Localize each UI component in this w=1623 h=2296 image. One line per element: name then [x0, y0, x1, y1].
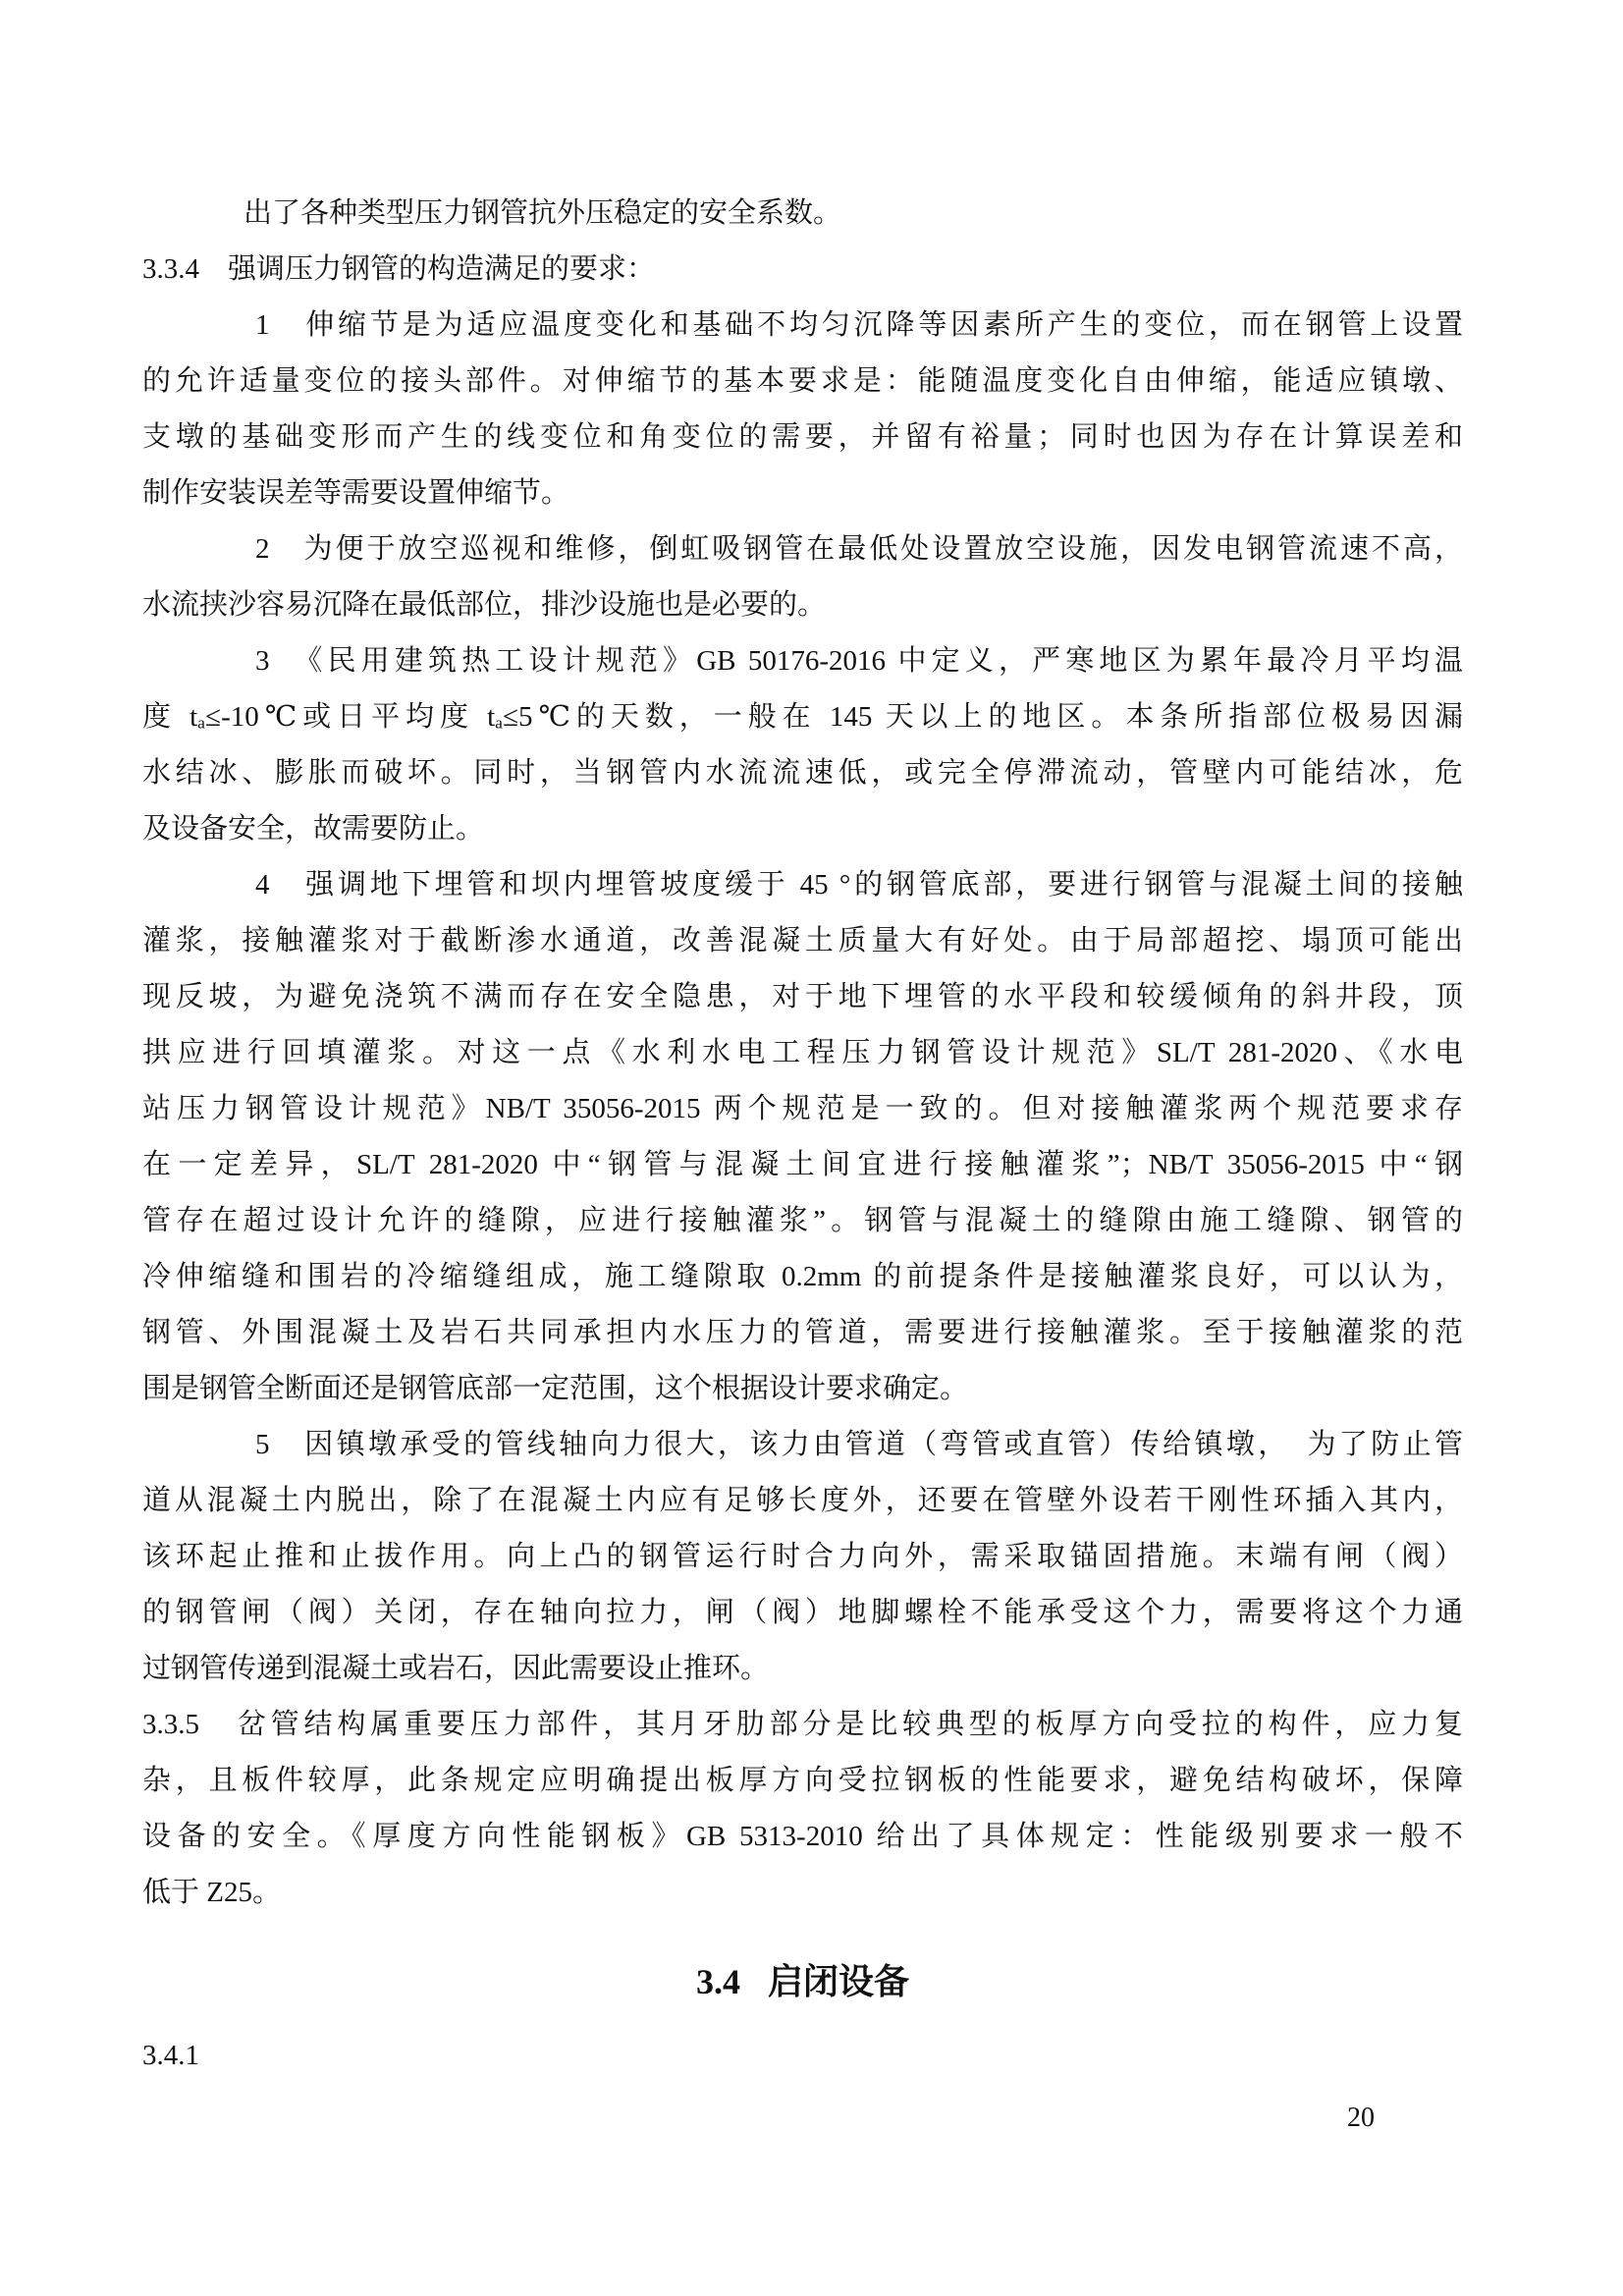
text-line: 2 为便于放空巡视和维修，倒虹吸钢管在最低处设置放空设施，因发电钢管流速不高， [142, 521, 1463, 577]
text-line: 出了各种类型压力钢管抗外压稳定的安全系数。 [142, 186, 1463, 242]
clause-number: 3.4.1 [142, 2028, 1463, 2084]
section-heading: 3.4启闭设备 [142, 1954, 1463, 2010]
text-line: 拱应进行回填灌浆。对这一点《水利水电工程压力钢管设计规范》SL/T 281-20… [142, 1025, 1463, 1081]
text-line: 5 因镇墩承受的管线轴向力很大，该力由管道（弯管或直管）传给镇墩， 为了防止管 [142, 1417, 1463, 1473]
text-line: 的允许适量变位的接头部件。对伸缩节的基本要求是：能随温度变化自由伸缩，能适应镇墩… [142, 354, 1463, 410]
text-line: 设备的安全。《厚度方向性能钢板》GB 5313-2010 给出了具体规定：性能级… [142, 1809, 1463, 1865]
text-line: 制作安装误差等需要设置伸缩节。 [142, 465, 1463, 521]
text-line: 水流挟沙容易沉降在最低部位，排沙设施也是必要的。 [142, 577, 1463, 633]
text-line: 道从混凝土内脱出，除了在混凝土内应有足够长度外，还要在管壁外设若干刚性环插入其内… [142, 1473, 1463, 1529]
section-heading-number: 3.4 [696, 1962, 740, 2001]
text-line: 及设备安全，故需要防止。 [142, 801, 1463, 857]
text-line: 低于 Z25。 [142, 1865, 1463, 1921]
text-line: 管存在超过设计允许的缝隙，应进行接触灌浆”。钢管与混凝土的缝隙由施工缝隙、钢管的 [142, 1193, 1463, 1249]
page-number: 20 [1347, 2102, 1375, 2135]
text-line: 3 《民用建筑热工设计规范》GB 50176-2016 中定义，严寒地区为累年最… [142, 633, 1463, 689]
text-line: 灌浆，接触灌浆对于截断渗水通道，改善混凝土质量大有好处。由于局部超挖、塌顶可能出 [142, 913, 1463, 969]
document-page: 出了各种类型压力钢管抗外压稳定的安全系数。3.3.4 强调压力钢管的构造满足的要… [0, 0, 1623, 2296]
text-line: 杂，且板件较厚，此条规定应明确提出板厚方向受拉钢板的性能要求，避免结构破坏，保障 [142, 1753, 1463, 1809]
text-line: 3.3.5 岔管结构属重要压力部件，其月牙肋部分是比较典型的板厚方向受拉的构件，… [142, 1697, 1463, 1753]
text-line: 过钢管传递到混凝土或岩石，因此需要设止推环。 [142, 1641, 1463, 1697]
text-line: 水结冰、膨胀而破坏。同时，当钢管内水流流速低，或完全停滞流动，管壁内可能结冰，危 [142, 745, 1463, 801]
document-body: 出了各种类型压力钢管抗外压稳定的安全系数。3.3.4 强调压力钢管的构造满足的要… [142, 186, 1463, 1921]
text-line: 的钢管闸（阀）关闭，存在轴向拉力，闸（阀）地脚螺栓不能承受这个力，需要将这个力通 [142, 1585, 1463, 1641]
text-line: 现反坡，为避免浇筑不满而存在安全隐患，对于地下埋管的水平段和较缓倾角的斜井段，顶 [142, 969, 1463, 1025]
text-line: 在一定差异，SL/T 281-2020 中“钢管与混凝土间宜进行接触灌浆”；NB… [142, 1137, 1463, 1193]
text-line: 4 强调地下埋管和坝内埋管坡度缓于 45 °的钢管底部，要进行钢管与混凝土间的接… [142, 857, 1463, 913]
text-line: 该环起止推和止拔作用。向上凸的钢管运行时合力向外，需采取锚固措施。末端有闸（阀） [142, 1529, 1463, 1585]
text-line: 围是钢管全断面还是钢管底部一定范围，这个根据设计要求确定。 [142, 1361, 1463, 1417]
text-line: 钢管、外围混凝土及岩石共同承担内水压力的管道，需要进行接触灌浆。至于接触灌浆的范 [142, 1305, 1463, 1361]
text-line: 站压力钢管设计规范》NB/T 35056-2015 两个规范是一致的。但对接触灌… [142, 1081, 1463, 1137]
text-line: 度 tₐ≤-10℃或日平均度 tₐ≤5℃的天数，一般在 145 天以上的地区。本… [142, 689, 1463, 745]
section-heading-title: 启闭设备 [768, 1962, 909, 2001]
text-line: 冷伸缩缝和围岩的冷缩缝组成，施工缝隙取 0.2mm 的前提条件是接触灌浆良好，可… [142, 1249, 1463, 1305]
text-line: 1 伸缩节是为适应温度变化和基础不均匀沉降等因素所产生的变位，而在钢管上设置 [142, 298, 1463, 354]
document-content: 出了各种类型压力钢管抗外压稳定的安全系数。3.3.4 强调压力钢管的构造满足的要… [142, 186, 1463, 2084]
text-line: 3.3.4 强调压力钢管的构造满足的要求： [142, 242, 1463, 298]
text-line: 支墩的基础变形而产生的线变位和角变位的需要，并留有裕量；同时也因为存在计算误差和 [142, 410, 1463, 465]
